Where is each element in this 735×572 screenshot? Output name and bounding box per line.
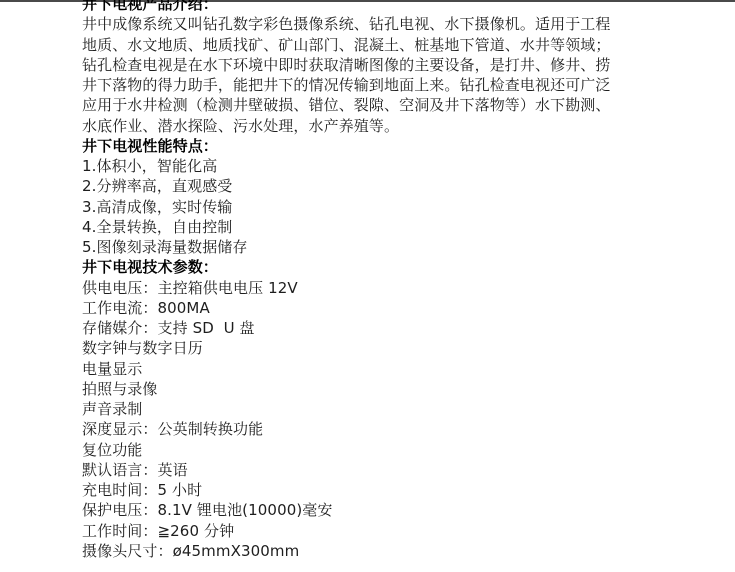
specs-heading: 井下电视技术参数：	[82, 257, 732, 277]
spec-item: 电量显示	[82, 359, 732, 379]
feature-item: 1.体积小，智能化高	[82, 156, 732, 176]
spec-item: 拍照与录像	[82, 379, 732, 399]
spec-item: 声音录制	[82, 399, 732, 419]
spec-item: 供电电压：主控箱供电电压 12V	[82, 278, 732, 298]
intro-line: 井下落物的得力助手，能把井下的情况传输到地面上来。钻孔检查电视还可广泛	[82, 75, 732, 95]
feature-item: 2.分辨率高，直观感受	[82, 176, 732, 196]
feature-item: 3.高清成像，实时传输	[82, 197, 732, 217]
intro-line: 地质、水文地质、地质找矿、矿山部门、混凝土、桩基地下管道、水井等领域；	[82, 35, 732, 55]
intro-line: 钻孔检查电视是在水下环境中即时获取清晰图像的主要设备，是打井、修井、捞	[82, 55, 732, 75]
spec-item: 摄像头尺寸：ø45mmX300mm	[82, 541, 732, 561]
features-list: 1.体积小，智能化高 2.分辨率高，直观感受 3.高清成像，实时传输 4.全景转…	[82, 156, 732, 257]
intro-heading: 井下电视产品介绍：	[82, 0, 732, 14]
spec-item: 深度显示：公英制转换功能	[82, 419, 732, 439]
intro-line: 应用于水井检测（检测井壁破损、错位、裂隙、空洞及井下落物等）水下勘测、	[82, 95, 732, 115]
intro-paragraph: 井中成像系统又叫钻孔数字彩色摄像系统、钻孔电视、水下摄像机。适用于工程 地质、水…	[82, 14, 732, 136]
spec-item: 数字钟与数字日历	[82, 338, 732, 358]
spec-item: 工作电流：800MA	[82, 298, 732, 318]
spec-item: 工作时间：≧260 分钟	[82, 521, 732, 541]
spec-item: 存储媒介：支持 SD U 盘	[82, 318, 732, 338]
intro-line: 井中成像系统又叫钻孔数字彩色摄像系统、钻孔电视、水下摄像机。适用于工程	[82, 14, 732, 34]
product-document: 井下电视产品介绍： 井中成像系统又叫钻孔数字彩色摄像系统、钻孔电视、水下摄像机。…	[82, 0, 732, 561]
spec-item: 保护电压：8.1V 锂电池(10000)毫安	[82, 500, 732, 520]
spec-item: 充电时间：5 小时	[82, 480, 732, 500]
intro-line: 水底作业、潜水探险、污水处理，水产养殖等。	[82, 116, 732, 136]
feature-item: 4.全景转换，自由控制	[82, 217, 732, 237]
spec-item: 复位功能	[82, 440, 732, 460]
features-heading: 井下电视性能特点：	[82, 136, 732, 156]
spec-item: 默认语言：英语	[82, 460, 732, 480]
feature-item: 5.图像刻录海量数据储存	[82, 237, 732, 257]
specs-list: 供电电压：主控箱供电电压 12V 工作电流：800MA 存储媒介：支持 SD U…	[82, 278, 732, 562]
